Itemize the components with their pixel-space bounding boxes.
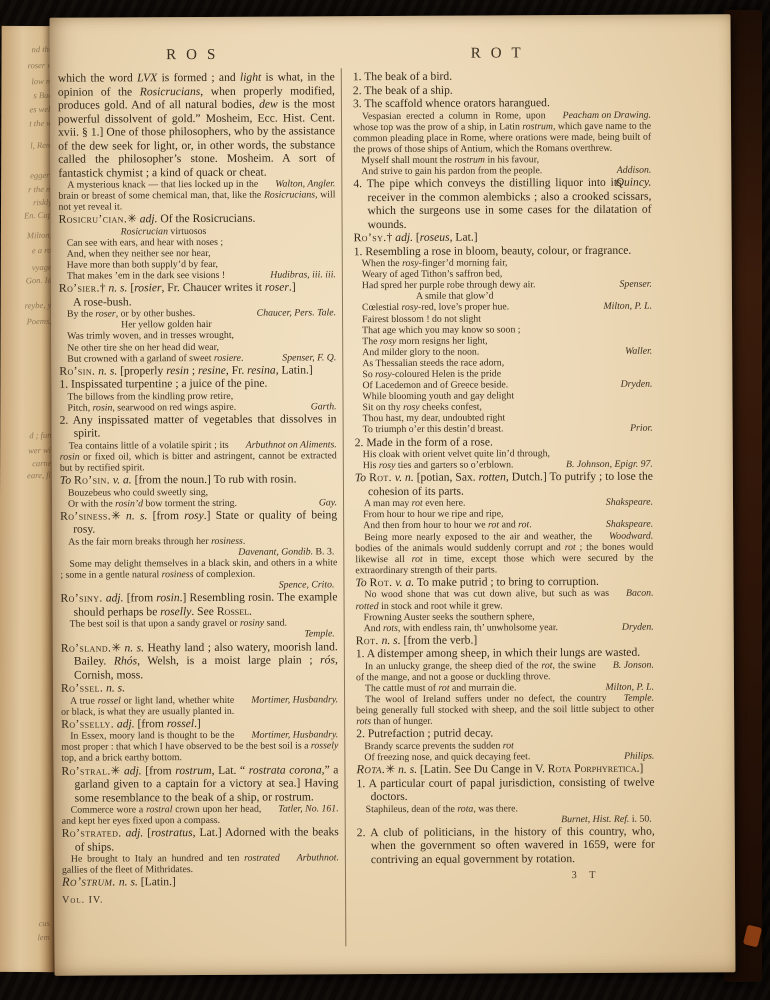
text-run: Rhós [114, 654, 137, 667]
dictionary-entry: To Ro’sin. v. a. [from the noun.] To rub… [60, 472, 337, 487]
ghost-text-fragment: t the w [29, 118, 52, 129]
ghost-text-fragment: cus [38, 918, 50, 928]
dictionary-entry: Ro’stral.✳ adj. [from rostrum, Lat. “ ro… [61, 763, 338, 805]
text-run: While blooming youth and gay delight [362, 391, 514, 403]
text-run: n. s. [98, 364, 117, 377]
text-run: rosy [380, 336, 397, 347]
text-run: [from [124, 592, 157, 605]
text-run: -red, love’s proper hue. [418, 302, 509, 313]
text-run: n. s. [126, 509, 147, 522]
text-run: Rota Porphyretica [548, 762, 637, 775]
text-run: To [355, 471, 366, 484]
text-run: even here. [423, 498, 466, 509]
text-run: [properly [117, 364, 166, 377]
text-run: n. s. [108, 282, 127, 295]
citation: Dryden. [614, 621, 654, 632]
text-run: As Thessalian steeds the race adorn, [362, 357, 504, 369]
text-run: Ro’sy. [354, 231, 387, 244]
text-run: 4. The pipe which conveys the distilling… [353, 176, 651, 231]
text-run: rostrum [454, 154, 485, 165]
text-run: adj. [395, 231, 413, 244]
text-run: The billows from the kindling prow retir… [67, 391, 233, 403]
ghost-text-fragment: d ; fun [29, 430, 52, 441]
text-run: † [100, 282, 109, 295]
text-run: resin [166, 364, 189, 377]
text-run: ✳ [111, 764, 124, 777]
text-run: rosy [402, 258, 419, 269]
sense-definition: 2. Any inspissated matter of vegetables … [60, 412, 337, 440]
book-photo-background: nd theroser wlow ms Budes wellt the wl, … [0, 0, 770, 1000]
dictionary-entry: Rosicru’cian.✳ adj. Of the Rosicrucians. [59, 212, 336, 227]
text-run: rota [457, 803, 473, 814]
previous-page-edge: nd theroser wlow ms Budes wellt the wl, … [0, 26, 58, 972]
text-run: Weary of aged Tithon’s saffron bed, [362, 269, 503, 281]
quotation-paragraph: Mortimer, Husbandry.In Essex, moory land… [61, 730, 338, 765]
text-run: rosin’d [115, 498, 143, 509]
text-run: , Welsh, is a moist large plain ; [137, 653, 320, 667]
text-run: adj. [126, 826, 144, 839]
text-run: Ro’strum. [62, 875, 116, 889]
text-run: In an unlucky grange, the sheep died of … [365, 660, 542, 672]
ghost-text-fragment: vyage [32, 262, 52, 273]
text-run: So [362, 369, 375, 380]
text-run: rot [488, 520, 499, 531]
citation: Gay. [311, 497, 337, 508]
text-run: [from [135, 717, 167, 730]
text-run: of complexion. [193, 569, 255, 580]
text-run: To [60, 474, 71, 487]
text-run: rotten [479, 471, 506, 484]
citation: Arbuthnot on Aliments. [229, 439, 337, 451]
text-run: v. n. [395, 471, 414, 484]
citation: Waller. [617, 345, 652, 356]
text-run: Staphileus, dean of the [366, 803, 458, 814]
text-run: [potian, Sax. [414, 471, 479, 484]
text-run: rot [412, 498, 423, 509]
dictionary-entry: Ro’siny. adj. [from rosin.] Resembling r… [61, 591, 338, 619]
text-run: ✳ [385, 763, 398, 776]
text-run: rosin [93, 402, 113, 413]
text-run: A man may [364, 498, 412, 509]
text-run: Ro’siness. [60, 509, 111, 522]
citation: Garth. [303, 401, 337, 412]
text-run: , searwood on red wings aspire. [112, 402, 236, 414]
dictionary-entry: Ro’sland.✳ n. s. Heathy land ; also wate… [61, 640, 338, 682]
paragraph: which the word LVX is formed ; and light… [58, 70, 336, 179]
ghost-text-fragment: reybe, y [25, 300, 52, 311]
text-run: . [241, 352, 244, 363]
text-run: rots [356, 716, 371, 727]
text-run: Rossel [217, 605, 249, 618]
text-run: 1. The beak of a bird. [353, 70, 452, 84]
text-run: 3 T [571, 870, 600, 881]
text-run: morn resigns her light, [396, 335, 487, 346]
text-run: The [362, 336, 380, 347]
text-run: 1. Resembling a rose in bloom, beauty, c… [354, 243, 632, 257]
dictionary-entry: Ro’sselly. adj. [from rossel.] [61, 716, 338, 731]
volume-label: Vol. IV. [62, 892, 339, 907]
text-run: Frowning Auster seeks the southern spher… [364, 611, 535, 623]
text-run: Of the Rosicrucians. [157, 212, 255, 226]
text-run: Sit on thy [363, 402, 404, 413]
quotation-paragraph: Bacon.No wood shone that was cut down al… [355, 588, 653, 612]
text-run: virtuosos [168, 226, 206, 237]
citation: Shakspeare. [589, 497, 653, 508]
text-run: Ro’sland. [61, 641, 112, 654]
text-run: rostrum [175, 763, 211, 776]
text-run: Cœlestial [362, 302, 402, 313]
text-run: [Latin.] [138, 876, 176, 889]
text-run: rot [565, 542, 576, 553]
text-run: [from [147, 509, 184, 522]
text-run: Myself shall mount the [361, 155, 454, 166]
text-run: rot [503, 740, 514, 751]
text-run: To triumph o’er this destin’d breast. [363, 424, 504, 436]
text-run: , Fr. Chaucer writes it [161, 281, 264, 295]
text-run: When the [362, 258, 402, 269]
text-run: Rot. [369, 471, 392, 484]
quotation-paragraph: Arbuthnot on Aliments.Tea contains littl… [60, 439, 337, 474]
text-run: Rot. [356, 634, 379, 647]
quotation-paragraph: B. Jonson.In an unlucky grange, the shee… [356, 659, 654, 683]
text-run: rots [383, 623, 398, 634]
text-run: and [499, 520, 518, 531]
citation: Shakspeare. [598, 519, 653, 530]
text-run: † [387, 231, 396, 244]
text-run: . [529, 520, 532, 531]
sense-definition: 1. A particular court of papal jurisdict… [356, 775, 654, 804]
text-run: Thou hast, my dear, undoubted right [363, 413, 506, 425]
text-run: No wood shone that was cut down alive, b… [364, 588, 609, 600]
citation: Mortimer, Husbandry. [234, 694, 338, 706]
dictionary-entry: Ro’sin. n. s. [properly resin ; resine, … [59, 363, 336, 378]
column-divider [341, 68, 347, 946]
sense-definition: Quincy.4. The pipe which conveys the dis… [353, 176, 651, 232]
ghost-text-fragment: riskly [33, 197, 52, 208]
text-run: adj. [140, 213, 158, 226]
text-run: ✳ [111, 641, 124, 654]
dictionary-entry: Ro’sier.† n. s. [rosier, Fr. Chaucer wri… [59, 281, 336, 296]
text-run: resine [198, 364, 226, 377]
text-run: Vespasian erected a column in Rome, upon… [353, 110, 546, 133]
quotation-paragraph: Some may delight themselves in a black s… [60, 557, 337, 581]
ghost-text-fragment: e a ro [32, 245, 52, 256]
text-run: rossely [311, 741, 338, 752]
text-run: v. a. [113, 474, 132, 487]
text-run: His [363, 460, 379, 471]
text-run: The best soil is that upon a sandy grave… [70, 618, 240, 630]
text-run: top, and a brick earthy bottom. [61, 753, 182, 765]
text-run: sand. [264, 618, 287, 629]
text-run: roselly [160, 605, 191, 618]
citation: Spenser, F. Q. [274, 352, 336, 363]
text-run: rosy [379, 460, 396, 471]
text-run: or fixed oil, which is bitter and astrin… [60, 450, 337, 474]
text-run: His cloak with orient velvet quite lin’d… [363, 448, 550, 460]
text-run: Commerce wore a [71, 804, 146, 815]
text-run: rosy [184, 509, 204, 522]
text-run: .] [289, 281, 296, 294]
dictionary-entry: Ro’siness.✳ n. s. [from rosy.] State or … [60, 508, 337, 536]
text-run: rostratus [151, 826, 193, 839]
text-run: Her yellow golden hair [121, 319, 212, 330]
text-run: Rosicrucians [264, 189, 315, 200]
text-run: rot [438, 683, 449, 694]
text-run: in his favour, [485, 154, 539, 165]
text-run: adj. [106, 592, 124, 605]
text-run: Ro’sin. [74, 474, 110, 487]
citation: Temple. [607, 693, 654, 704]
text-run: [from the noun.] To rub with rosin. [132, 473, 297, 487]
text-run: is formed ; and [157, 71, 240, 84]
text-run: Temple. [304, 629, 334, 640]
text-run: n. s. [382, 634, 401, 647]
citation: Spenser. [611, 279, 651, 290]
text-run: which the word [58, 71, 137, 84]
text-run: Rosicru’cian. [59, 213, 128, 226]
text-run: ; [189, 364, 198, 377]
text-run: Of Lacedemon and of Greece beside. [362, 379, 508, 391]
text-run: rotted [356, 601, 379, 612]
text-run: ✳ [127, 213, 140, 226]
citation: Walton, Angler. [258, 178, 335, 189]
sense-definition: 2. A club of politicians, in the history… [357, 824, 655, 866]
text-run: Fairest blossom ! do not slight [362, 313, 481, 325]
text-run: And strive to gain his pardon from the p… [361, 165, 542, 177]
text-run: adj. [117, 717, 135, 730]
citation: Quincy. [622, 176, 652, 190]
text-run: A rose-bush. [73, 295, 132, 308]
sense-definition: 1. Resembling a rose in bloom, beauty, c… [354, 243, 652, 258]
text-run: 2. The beak of a ship. [353, 83, 453, 97]
text-run: Spence, Crito. [279, 580, 335, 591]
text-run: A mysterious knack — that lies locked up… [58, 179, 264, 202]
text-run: And then from hour to hour we [363, 520, 488, 532]
text-run: [from [142, 764, 176, 777]
text-run: The cattle must of [365, 683, 439, 694]
text-run: ties and garters so o’erblown. [395, 460, 513, 472]
paragraph: A rose-bush. [59, 294, 336, 309]
sense-definition: 1. Inspissated turpentine ; a juice of t… [59, 377, 336, 392]
text-run: Have more than both supply’d by fear, [67, 259, 218, 271]
text-run: Rosicrucians [140, 85, 201, 98]
citation: Hudibras, iii. iii. [262, 269, 336, 280]
text-run: 2. Putrefaction ; putrid decay. [356, 727, 493, 741]
running-head-right: ROT [352, 45, 650, 64]
quotation-paragraph: Arbuthnot.He brought to Italy an hundred… [62, 852, 339, 876]
text-run: Of freezing nose, and quick decaying fee… [364, 751, 530, 763]
text-run: And milder glory to the noon. [362, 346, 479, 358]
text-run: [from the verb.] [401, 633, 478, 646]
text-run: resina [247, 363, 276, 376]
citation: Arbuthnot. [280, 852, 339, 863]
ghost-text-fragment: Poems, [27, 316, 52, 327]
text-run: Brandy scarce prevents the sudden [364, 740, 503, 752]
quotation-paragraph: Shakspeare.A man may rot even here. [355, 497, 653, 510]
text-run: rosy [403, 402, 420, 413]
text-run: That makes ’em in the dark see visions ! [67, 270, 225, 282]
citation: Prior. [622, 423, 653, 434]
dictionary-entry: Ro’strated. adj. [rostratus, Lat.] Adorn… [62, 825, 339, 853]
text-run: roser [95, 309, 115, 320]
text-run: n. s. [106, 681, 125, 694]
text-run: Rot. [370, 576, 393, 589]
text-run: Rota. [356, 762, 385, 776]
text-run: And, when they neither see nor hear, [67, 248, 211, 260]
text-run: 2. A club of politicians, in the history… [357, 824, 655, 865]
text-run: ✳ [111, 509, 126, 522]
text-run: . [243, 536, 246, 547]
ghost-text-fragment: egger’ [29, 170, 52, 181]
text-run: rosier [134, 281, 161, 294]
quotation-paragraph: Temple.The wool of Ireland suffers under… [356, 693, 654, 728]
text-run: rostral [146, 804, 172, 815]
ghost-text-fragment: lem [37, 932, 50, 942]
text-run: . See [191, 605, 217, 618]
text-run: rosin [60, 452, 80, 463]
text-run: 3. The scaffold whence orators harangued… [353, 96, 550, 110]
citation: B. Johnson, Epigr. 97. [558, 459, 653, 471]
text-run: Burnet, Hist. Ref. [561, 813, 629, 824]
dictionary-entry: Ro’ssel. n. s. [61, 680, 338, 695]
text-run: Or with the [68, 498, 115, 509]
quotation-paragraph: Tatler, No. 161.Commerce wore a rostral … [62, 803, 339, 827]
quotation-paragraph: Peacham on Drawing.Vespasian erected a c… [353, 109, 651, 155]
text-run: Was trimly woven, and in tresses wrought… [67, 330, 234, 342]
text-run: rós [320, 653, 335, 666]
text-run: 1. A particular court of papal jurisdict… [356, 775, 654, 803]
dictionary-entry: To Rot. v. n. [potian, Sax. rotten, Dutc… [355, 470, 653, 499]
ghost-text-fragment: eare, fi [27, 470, 51, 481]
text-run: , Lat.] [450, 231, 478, 244]
text-run: 2. Made in the form of a rose. [355, 435, 493, 449]
text-run: But crowned with a garland of sweet [67, 353, 214, 365]
text-run: Being more nearly exposed to the air and… [355, 530, 592, 553]
text-run: light [240, 71, 261, 84]
text-run: rostrum [522, 121, 553, 132]
text-run: roser [265, 281, 289, 294]
text-run: adj. [124, 764, 142, 777]
ghost-text-fragment: l, Ren. [30, 140, 52, 151]
text-run: Ro’strated. [62, 827, 122, 840]
text-run: , was there. [473, 803, 518, 814]
citation: Chaucer, Pers. Tale. [249, 308, 336, 320]
left-column: which the word LVX is formed ; and light… [58, 70, 339, 907]
ghost-text-fragment: es well [29, 104, 53, 115]
text-run: rosiere [214, 352, 241, 363]
text-run: That age which you may know so soon ; [362, 324, 520, 336]
text-run: A smile that glow’d [416, 291, 494, 302]
text-run: Ne other tire she on her head did wear, [67, 341, 219, 353]
text-run: cheeks confest, [420, 402, 482, 413]
text-run: To [355, 576, 366, 589]
text-run: and murrain die. [450, 682, 517, 693]
text-run: Ro’sier. [59, 282, 100, 295]
text-run: Pitch, [68, 402, 93, 413]
text-run: Ro’siny. [61, 592, 103, 605]
text-run: roseus [420, 231, 450, 244]
text-run: rostrata corona [249, 763, 322, 776]
text-run: . [249, 605, 252, 618]
quotation-paragraph: Mortimer, Husbandry.A true rossel or lig… [61, 694, 338, 718]
citation: Milton, P. L. [595, 301, 652, 312]
right-column: 1. The beak of a bird.2. The beak of a s… [353, 69, 655, 883]
text-run: rosiness [162, 569, 194, 580]
ghost-text-fragment: wer wi [28, 445, 51, 456]
text-run: Bouzebeus who could sweetly sing, [68, 487, 208, 499]
quotation-paragraph: Walton, Angler.A mysterious knack — that… [58, 178, 335, 213]
text-run: , Latin.] [276, 363, 313, 376]
text-run: rosiness [211, 536, 243, 547]
text-run: Can see with ears, and hear with noses ; [67, 237, 223, 249]
citation: Woodward. [592, 530, 653, 541]
text-run: To make putrid ; to bring to corruption. [414, 575, 599, 589]
text-run: And [364, 623, 383, 634]
text-run: A true [70, 695, 98, 706]
text-run: , Fr. [226, 363, 247, 376]
text-run: Davenant, Gondib. [238, 546, 313, 557]
ghost-text-fragment: Gon. Id [26, 275, 52, 286]
text-run: n. s. [124, 641, 144, 654]
text-run: Ro’stral. [61, 764, 110, 777]
text-run: rossel [98, 695, 121, 706]
text-run: n. s. [398, 763, 417, 776]
text-run: rossel [167, 717, 194, 730]
citation: Addison. [609, 165, 652, 176]
text-run: rot [518, 520, 529, 531]
text-run: -coloured Helen is the pride [392, 368, 501, 380]
dictionary-entry: Ro’strum. n. s. [Latin.] [62, 875, 339, 890]
running-head-left: ROS [50, 46, 342, 65]
text-run: v. a. [395, 576, 414, 589]
ghost-text-fragment: r the m [28, 184, 52, 195]
text-run: rosin [156, 591, 179, 604]
text-run: , Lat. “ [212, 763, 249, 776]
text-run: Ro’sselly. [61, 717, 114, 730]
ghost-text-fragment: En. Cap [24, 210, 52, 221]
ghost-text-fragment: Milton, [27, 230, 52, 241]
text-run: rot [412, 554, 423, 565]
text-run: i. 50. [629, 813, 651, 824]
text-run: rosiny [240, 618, 264, 629]
text-run: As the fair morn breaks through her [68, 536, 211, 548]
citation: Bacon. [609, 588, 654, 599]
text-run: bow torment the string. [143, 498, 237, 509]
citation: B. Jonson. [596, 659, 654, 670]
text-run: 2. Any inspissated matter of vegetables … [60, 412, 337, 440]
text-run: LVX [137, 71, 157, 84]
text-run: By the [67, 309, 95, 320]
text-run: rosy [375, 369, 392, 380]
signature-mark: 3 T [357, 870, 655, 883]
text-run: .] [194, 717, 201, 730]
text-run: From hour to hour we ripe and ripe, [363, 509, 503, 521]
citation: Tatler, No. 161. [261, 803, 338, 814]
ghost-text-fragment: carne [32, 458, 52, 469]
text-run: Had spred her purple robe through dewy a… [362, 279, 536, 291]
text-run: dew [259, 98, 278, 111]
citation: Mortimer, Husbandry. [234, 730, 338, 742]
dictionary-page: ROS ROT which the word LVX is formed ; a… [49, 14, 735, 976]
text-run: [Latin. See Du Cange in V. [417, 762, 548, 776]
text-run: in stock and root while it grew. [379, 600, 503, 612]
text-run: 1. A distemper among sheep, in which the… [356, 646, 640, 660]
text-run: 1. Inspissated turpentine ; a juice of t… [59, 377, 267, 391]
quotation-line: Milton, P. L.Cœlestial rosy-red, love’s … [354, 301, 652, 314]
text-run: -finger’d morning fair, [419, 257, 508, 268]
citation: Philips. [616, 751, 654, 762]
citation: Peacham on Drawing. [546, 109, 651, 121]
